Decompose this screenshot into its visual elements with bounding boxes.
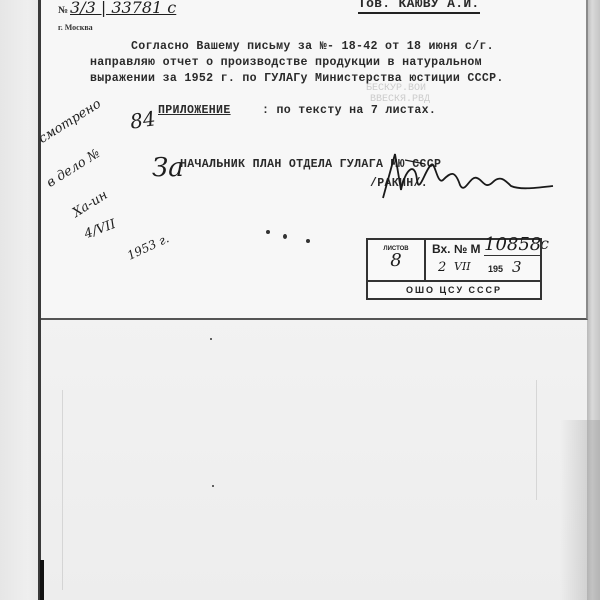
left-border-dark [40, 560, 44, 600]
attachment-text: : по тексту на 7 листах. [262, 104, 436, 117]
stamp-sheets-box: ЛИСТОВ 8 [368, 240, 426, 280]
outgoing-number-value: 3/3 | 33781 с [70, 0, 176, 17]
bleed-through-text-1: БЕСКУР.ВОИ [366, 83, 426, 94]
scan-artifact [536, 380, 537, 500]
body-line-3: выражении за 1952 г. по ГУЛАГу Министерс… [90, 72, 504, 85]
stamp-inbox-label: Вх. № М [432, 242, 481, 256]
ink-speck [283, 234, 287, 239]
za-mark: За [152, 153, 184, 183]
attachment-label: ПРИЛОЖЕНИЕ [158, 104, 231, 117]
outgoing-number-label: № [58, 5, 68, 16]
stamp-year-suffix: 3 [512, 258, 522, 276]
registration-stamp: ЛИСТОВ 8 Вх. № М 10858 2 VII 195 3 ОШО Ц… [366, 238, 542, 300]
scan-artifact [62, 390, 63, 590]
ink-speck [266, 230, 270, 234]
left-border-line [38, 0, 41, 600]
stamp-date-day: 2 [438, 260, 446, 275]
stamp-inbox-box: Вх. № М 10858 2 VII 195 3 [428, 240, 538, 280]
body-line-2: направляю отчет о производстве продукции… [90, 56, 482, 69]
addressee: Тов. КАЮВУ А.И. [358, 0, 480, 14]
stamp-date-month: VII [454, 260, 471, 273]
stamp-inbox-number: 10858 [484, 234, 541, 256]
city: г. Москва [58, 23, 93, 32]
file-number-note: 84 [128, 106, 157, 133]
ink-speck [212, 485, 214, 487]
ink-speck [210, 338, 212, 340]
stamp-year-prefix: 195 [488, 264, 503, 274]
scanned-document: № 3/3 | 33781 с г. Москва Тов. КАЮВУ А.И… [0, 0, 600, 600]
stamp-organization: ОШО ЦСУ СССР [368, 280, 540, 300]
scan-shadow [560, 420, 600, 600]
body-line-1: Согласно Вашему письму за №- 18-42 от 18… [131, 40, 494, 53]
ink-speck [306, 239, 310, 243]
binding-margin [0, 0, 40, 600]
stamp-sheets-value: 8 [368, 252, 424, 270]
handwritten-signature [365, 150, 555, 210]
